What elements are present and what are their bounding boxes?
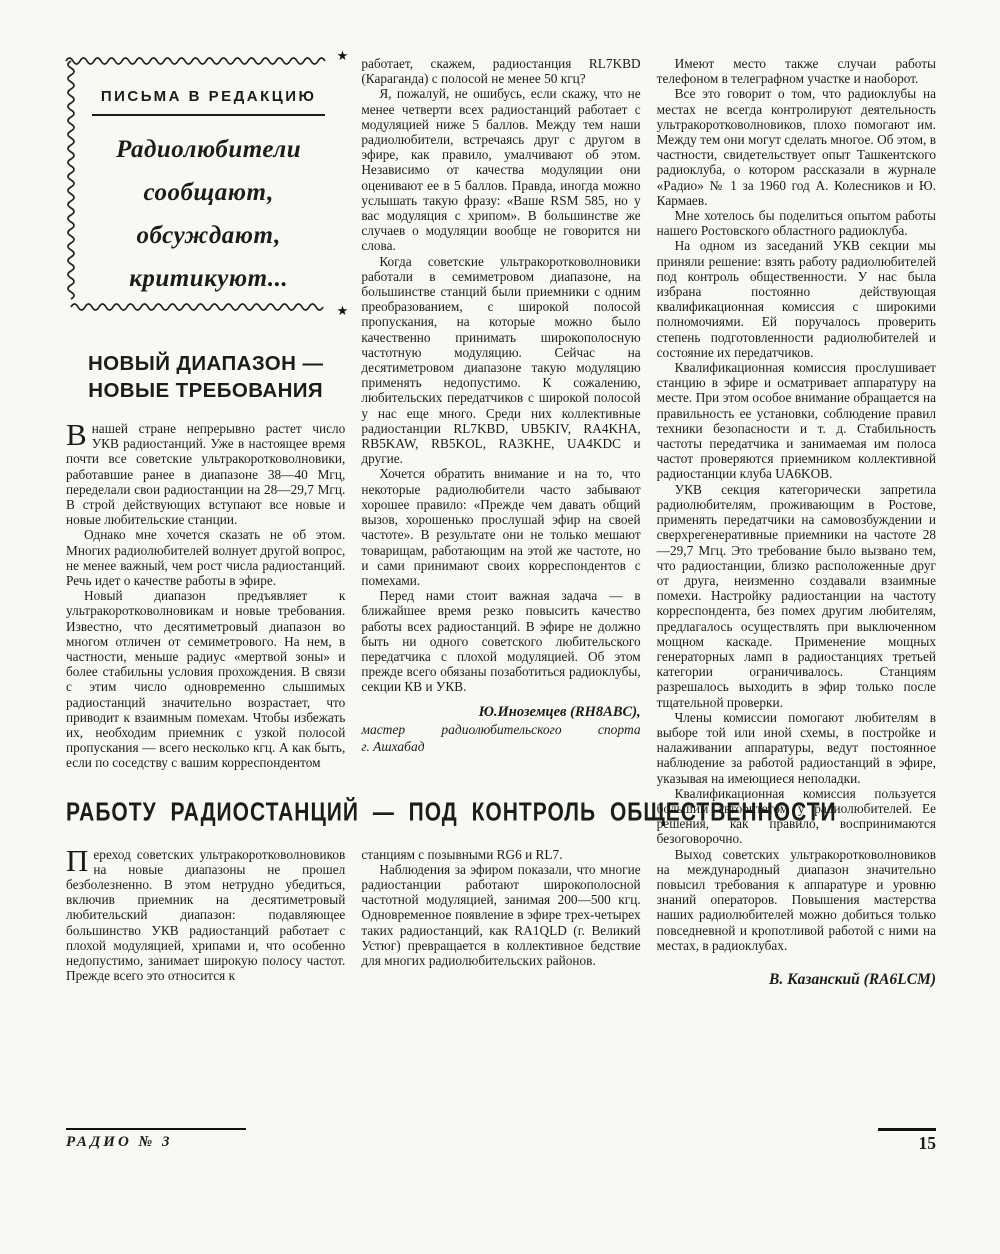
drop-cap: В <box>66 421 92 448</box>
paragraph-text: нашей стране непрерывно растет число УКВ… <box>66 421 345 527</box>
page-content: ★ ★ ПИСЬМА В РЕДАКЦИЮ Радиолюбители сооб… <box>66 56 936 989</box>
paragraph: Квалификационная комиссия прослушивает с… <box>657 360 936 482</box>
paragraph: Когда советские ультракоротковолновики р… <box>361 254 640 467</box>
wavy-border-bottom-icon <box>71 302 327 312</box>
journal-issue-label: РАДИО № 3 <box>66 1128 246 1151</box>
article2-signature: В. Казанский (RA6LCM) <box>657 971 936 989</box>
page-footer: РАДИО № 3 15 <box>66 1128 936 1154</box>
paragraph: Переход советских ультракоротковолновико… <box>66 847 345 984</box>
letters-box-kicker: ПИСЬМА В РЕДАКЦИЮ <box>92 88 325 116</box>
wavy-border-top-icon <box>66 56 328 66</box>
letters-box-title-line: Радиолюбители <box>88 128 329 171</box>
paragraph: Внашей стране непрерывно растет число УК… <box>66 421 345 527</box>
star-icon: ★ <box>337 48 349 64</box>
star-icon: ★ <box>337 303 349 319</box>
letters-box-title-line: сообщают, <box>88 171 329 214</box>
paragraph: Хочется обратить внимание и на то, что н… <box>361 466 640 588</box>
article1-column1: ★ ★ ПИСЬМА В РЕДАКЦИЮ Радиолюбители сооб… <box>66 56 345 771</box>
paragraph: Однако мне хочется сказать не об этом. М… <box>66 527 345 588</box>
paragraph: Выход советских ультракоротковолновиков … <box>657 847 936 953</box>
paragraph: Перед нами стоит важная задача — в ближа… <box>361 588 640 694</box>
article1-signature: Ю.Иноземцев (RH8ABC), мастер радиолюбите… <box>361 703 640 755</box>
article1-title-line: НОВЫЙ ДИАПАЗОН — <box>66 350 345 377</box>
letters-box-title-line: обсуждают, <box>88 214 329 257</box>
article2-column3: Имеют место также случаи работы телефоно… <box>657 56 936 989</box>
article2-column1: Переход советских ультракоротковолновико… <box>66 847 345 989</box>
article1-title-line: НОВЫЕ ТРЕБОВАНИЯ <box>66 377 345 404</box>
signature-city: г. Ашхабад <box>361 738 640 755</box>
paragraph-text: ереход советских ультракоротковолновиков… <box>66 847 345 984</box>
letters-box-title-line: критикуют... <box>88 257 329 300</box>
paragraph: работает, скажем, радиостанция RL7KBD (К… <box>361 56 640 86</box>
signature-role: мастер радиолюбительского спорта <box>361 721 640 738</box>
paragraph: На одном из заседаний УКВ секции мы прин… <box>657 238 936 360</box>
letters-to-editor-box: ★ ★ ПИСЬМА В РЕДАКЦИЮ Радиолюбители сооб… <box>66 56 345 314</box>
article2-title-row: РАБОТУ РАДИОСТАНЦИЙ — ПОД КОНТРОЛЬ ОБЩЕС… <box>66 801 641 825</box>
paragraph: УКВ секция категорически запретила радио… <box>657 482 936 710</box>
magazine-page: ★ ★ ПИСЬМА В РЕДАКЦИЮ Радиолюбители сооб… <box>0 0 1000 1254</box>
page-number: 15 <box>878 1128 936 1154</box>
paragraph: Мне хотелось бы поделиться опытом работы… <box>657 208 936 238</box>
paragraph: Все это говорит о том, что радиоклубы на… <box>657 86 936 208</box>
signature-name: Ю.Иноземцев (RH8ABC), <box>361 703 640 721</box>
drop-cap: П <box>66 847 93 874</box>
article2-title: РАБОТУ РАДИОСТАНЦИЙ — ПОД КОНТРОЛЬ ОБЩЕС… <box>66 798 837 828</box>
paragraph: Имеют место также случаи работы телефоно… <box>657 56 936 86</box>
article1-title: НОВЫЙ ДИАПАЗОН — НОВЫЕ ТРЕБОВАНИЯ <box>66 350 345 404</box>
paragraph: Я, пожалуй, не ошибусь, если скажу, что … <box>361 86 640 253</box>
paragraph: Наблюдения за эфиром показали, что многи… <box>361 862 640 968</box>
article2-column2: станциям с позывными RG6 и RL7. Наблюден… <box>361 847 640 989</box>
paragraph: Члены комиссии помогают любителям в выбо… <box>657 710 936 786</box>
paragraph: Новый диапазон предъявляет к ультракорот… <box>66 588 345 770</box>
paragraph: станциям с позывными RG6 и RL7. <box>361 847 640 862</box>
article1-column2: работает, скажем, радиостанция RL7KBD (К… <box>361 56 640 771</box>
wavy-border-left-icon <box>66 61 76 305</box>
letters-box-title: Радиолюбители сообщают, обсуждают, крити… <box>88 128 329 300</box>
